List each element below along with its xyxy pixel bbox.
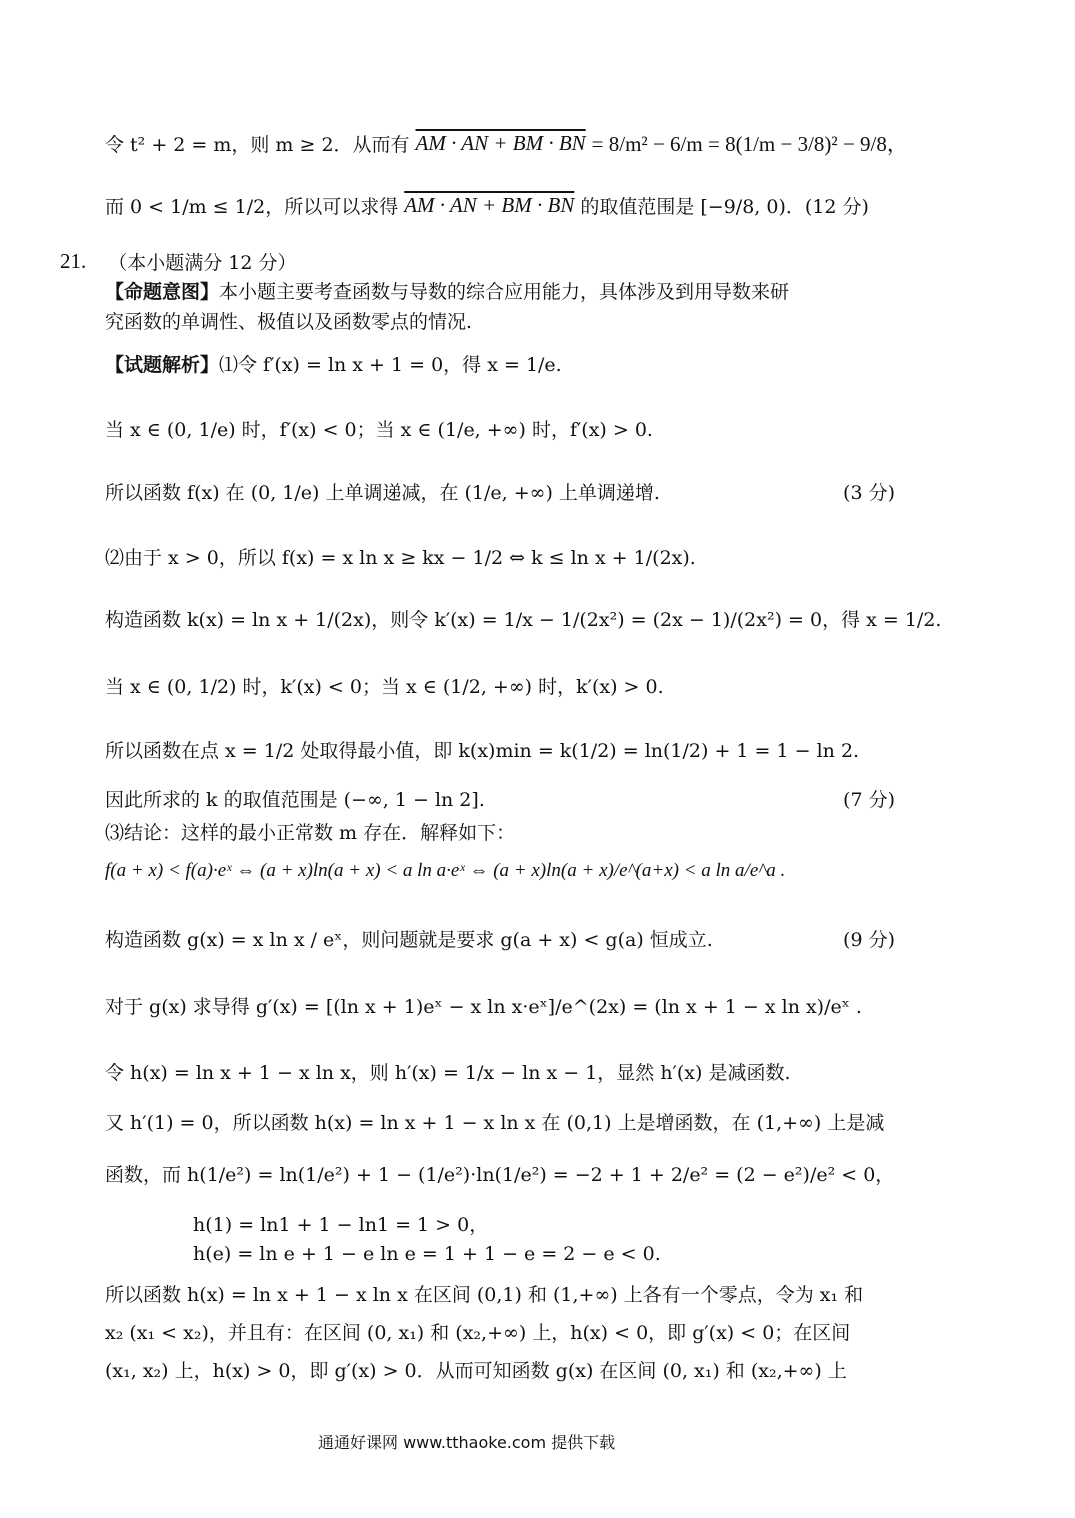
analysis-part3-b: f(a + x) < f(a)·eˣ ⇔ (a + x)ln(a + x) < … bbox=[105, 860, 785, 882]
part3-zeros: 所以函数 h(x) = ln x + 1 − x ln x 在区间 (0,1) … bbox=[105, 1280, 863, 1307]
analysis-part2-e: 因此所求的 k 的取值范围是 (−∞, 1 − ln 2]. (7 分) bbox=[105, 785, 1075, 812]
question-number: 21. bbox=[60, 249, 86, 274]
question-score-note: （本小题满分 12 分） bbox=[108, 248, 296, 275]
part2-construct-k: 构造函数 k(x) = ln x + 1/(2x)，则令 k′(x) = 1/x… bbox=[105, 605, 941, 632]
analysis-part2-c: 当 x ∈ (0, 1/2) 时，k′(x) < 0；当 x ∈ (1/2, +… bbox=[105, 672, 664, 699]
part2-inequality: ⑵由于 x > 0，所以 f(x) = x ln x ≥ kx − 1/2 ⇔ … bbox=[105, 543, 696, 570]
analysis-part1-a: 【试题解析】 ⑴令 f′(x) = ln x + 1 = 0，得 x = 1/e… bbox=[105, 350, 562, 377]
analysis-part3-d: 对于 g(x) 求导得 g′(x) = [(ln x + 1)eˣ − x ln… bbox=[105, 992, 862, 1019]
analysis-part3-a: ⑶结论：这样的最小正常数 m 存在．解释如下： bbox=[105, 818, 515, 845]
part2-minimum: 所以函数在点 x = 1/2 处取得最小值，即 k(x)min = k(1/2)… bbox=[105, 736, 859, 763]
range-prefix: 而 0 < 1/m ≤ 1/2，所以可以求得 bbox=[105, 192, 398, 219]
analysis-part2-a: ⑵由于 x > 0，所以 f(x) = x ln x ≥ kx − 1/2 ⇔ … bbox=[105, 543, 696, 570]
intent-line-2: 究函数的单调性、极值以及函数零点的情况. bbox=[105, 307, 472, 334]
vector-expression: AM · AN + BM · BN bbox=[416, 131, 586, 156]
part2-sign-analysis: 当 x ∈ (0, 1/2) 时，k′(x) < 0；当 x ∈ (1/2, +… bbox=[105, 672, 664, 699]
analysis-part3-j: 所以函数 h(x) = ln x + 1 − x ln x 在区间 (0,1) … bbox=[105, 1280, 863, 1307]
analysis-part3-c: 构造函数 g(x) = x ln x / eˣ，则问题就是要求 g(a + x)… bbox=[105, 925, 1075, 952]
line-range-result: 而 0 < 1/m ≤ 1/2，所以可以求得 AM · AN + BM · BN… bbox=[105, 192, 869, 219]
analysis-part3-h: h(1) = ln1 + 1 − ln1 = 1 > 0， bbox=[193, 1210, 488, 1237]
part1-monotonicity: 所以函数 f(x) 在 (0, 1/e) 上单调递减，在 (1/e, +∞) 上… bbox=[105, 478, 660, 505]
part3-define-h: 令 h(x) = ln x + 1 − x ln x，则 h′(x) = 1/x… bbox=[105, 1058, 791, 1085]
part1-sign-analysis: 当 x ∈ (0, 1/e) 时，f′(x) < 0；当 x ∈ (1/e, +… bbox=[105, 415, 653, 442]
part1-derivative-zero: ⑴令 f′(x) = ln x + 1 = 0，得 x = 1/e. bbox=[219, 350, 562, 377]
line-substitution: 令 t² + 2 = m，则 m ≥ 2．从而有 AM · AN + BM · … bbox=[105, 128, 908, 158]
intent-line-1: 【命题意图】 本小题主要考查函数与导数的综合应用能力，具体涉及到用导数来研 bbox=[105, 277, 789, 304]
analysis-part3-f: 又 h′(1) = 0，所以函数 h(x) = ln x + 1 − x ln … bbox=[105, 1108, 884, 1135]
part3-sign-intervals: x₂ (x₁ < x₂)，并且有：在区间 (0, x₁) 和 (x₂,+∞) 上… bbox=[105, 1318, 850, 1345]
intent-text-2: 究函数的单调性、极值以及函数零点的情况. bbox=[105, 307, 472, 334]
part2-range: 因此所求的 k 的取值范围是 (−∞, 1 − ln 2]. bbox=[105, 785, 485, 812]
vector-expression-2: AM · AN + BM · BN bbox=[404, 193, 574, 218]
part3-h-at-e: h(e) = ln e + 1 − e ln e = 1 + 1 − e = 2… bbox=[193, 1243, 661, 1265]
part3-derivative-g: 对于 g(x) 求导得 g′(x) = [(ln x + 1)eˣ − x ln… bbox=[105, 992, 862, 1019]
analysis-part2-b: 构造函数 k(x) = ln x + 1/(2x)，则令 k′(x) = 1/x… bbox=[105, 605, 941, 632]
analysis-part3-e: 令 h(x) = ln x + 1 − x ln x，则 h′(x) = 1/x… bbox=[105, 1058, 791, 1085]
substitution-text: 令 t² + 2 = m，则 m ≥ 2．从而有 bbox=[105, 130, 410, 157]
part2-score: (7 分) bbox=[843, 785, 895, 812]
analysis-part3-l: (x₁, x₂) 上，h(x) > 0，即 g′(x) > 0．从而可知函数 g… bbox=[105, 1356, 847, 1383]
intent-text-1: 本小题主要考查函数与导数的综合应用能力，具体涉及到用导数来研 bbox=[219, 277, 789, 304]
part3-h-monotonic: 又 h′(1) = 0，所以函数 h(x) = ln x + 1 − x ln … bbox=[105, 1108, 884, 1135]
range-suffix: 的取值范围是 [−9/8, 0)．(12 分) bbox=[580, 192, 869, 219]
analysis-part3-i: h(e) = ln e + 1 − e ln e = 1 + 1 − e = 2… bbox=[193, 1243, 661, 1265]
analysis-label: 【试题解析】 bbox=[105, 350, 219, 377]
part3-score: (9 分) bbox=[843, 925, 895, 952]
analysis-part3-g: 函数，而 h(1/e²) = ln(1/e²) + 1 − (1/e²)·ln(… bbox=[105, 1160, 894, 1187]
analysis-part3-k: x₂ (x₁ < x₂)，并且有：在区间 (0, x₁) 和 (x₂,+∞) 上… bbox=[105, 1318, 850, 1345]
part3-h-at-inv-e2: 函数，而 h(1/e²) = ln(1/e²) + 1 − (1/e²)·ln(… bbox=[105, 1160, 894, 1187]
part3-construct-g: 构造函数 g(x) = x ln x / eˣ，则问题就是要求 g(a + x)… bbox=[105, 925, 713, 952]
part3-equivalence: f(a + x) < f(a)·eˣ ⇔ (a + x)ln(a + x) < … bbox=[105, 860, 785, 882]
part3-h-at-1: h(1) = ln1 + 1 − ln1 = 1 > 0， bbox=[193, 1210, 488, 1237]
analysis-part2-d: 所以函数在点 x = 1/2 处取得最小值，即 k(x)min = k(1/2)… bbox=[105, 736, 859, 763]
analysis-part1-c: 所以函数 f(x) 在 (0, 1/e) 上单调递减，在 (1/e, +∞) 上… bbox=[105, 478, 1075, 505]
page-footer: 通通好课网 www.tthaoke.com 提供下载 bbox=[318, 1430, 615, 1453]
question-21-header: 21. （本小题满分 12 分） bbox=[60, 248, 297, 275]
analysis-part1-b: 当 x ∈ (0, 1/e) 时，f′(x) < 0；当 x ∈ (1/e, +… bbox=[105, 415, 653, 442]
vector-equation: = 8/m² − 6/m = 8(1/m − 3/8)² − 9/8， bbox=[592, 128, 908, 158]
part1-score: (3 分) bbox=[843, 478, 895, 505]
part3-g-monotonic: (x₁, x₂) 上，h(x) > 0，即 g′(x) > 0．从而可知函数 g… bbox=[105, 1356, 847, 1383]
intent-label: 【命题意图】 bbox=[105, 277, 219, 304]
part3-conclusion: ⑶结论：这样的最小正常数 m 存在．解释如下： bbox=[105, 818, 515, 845]
